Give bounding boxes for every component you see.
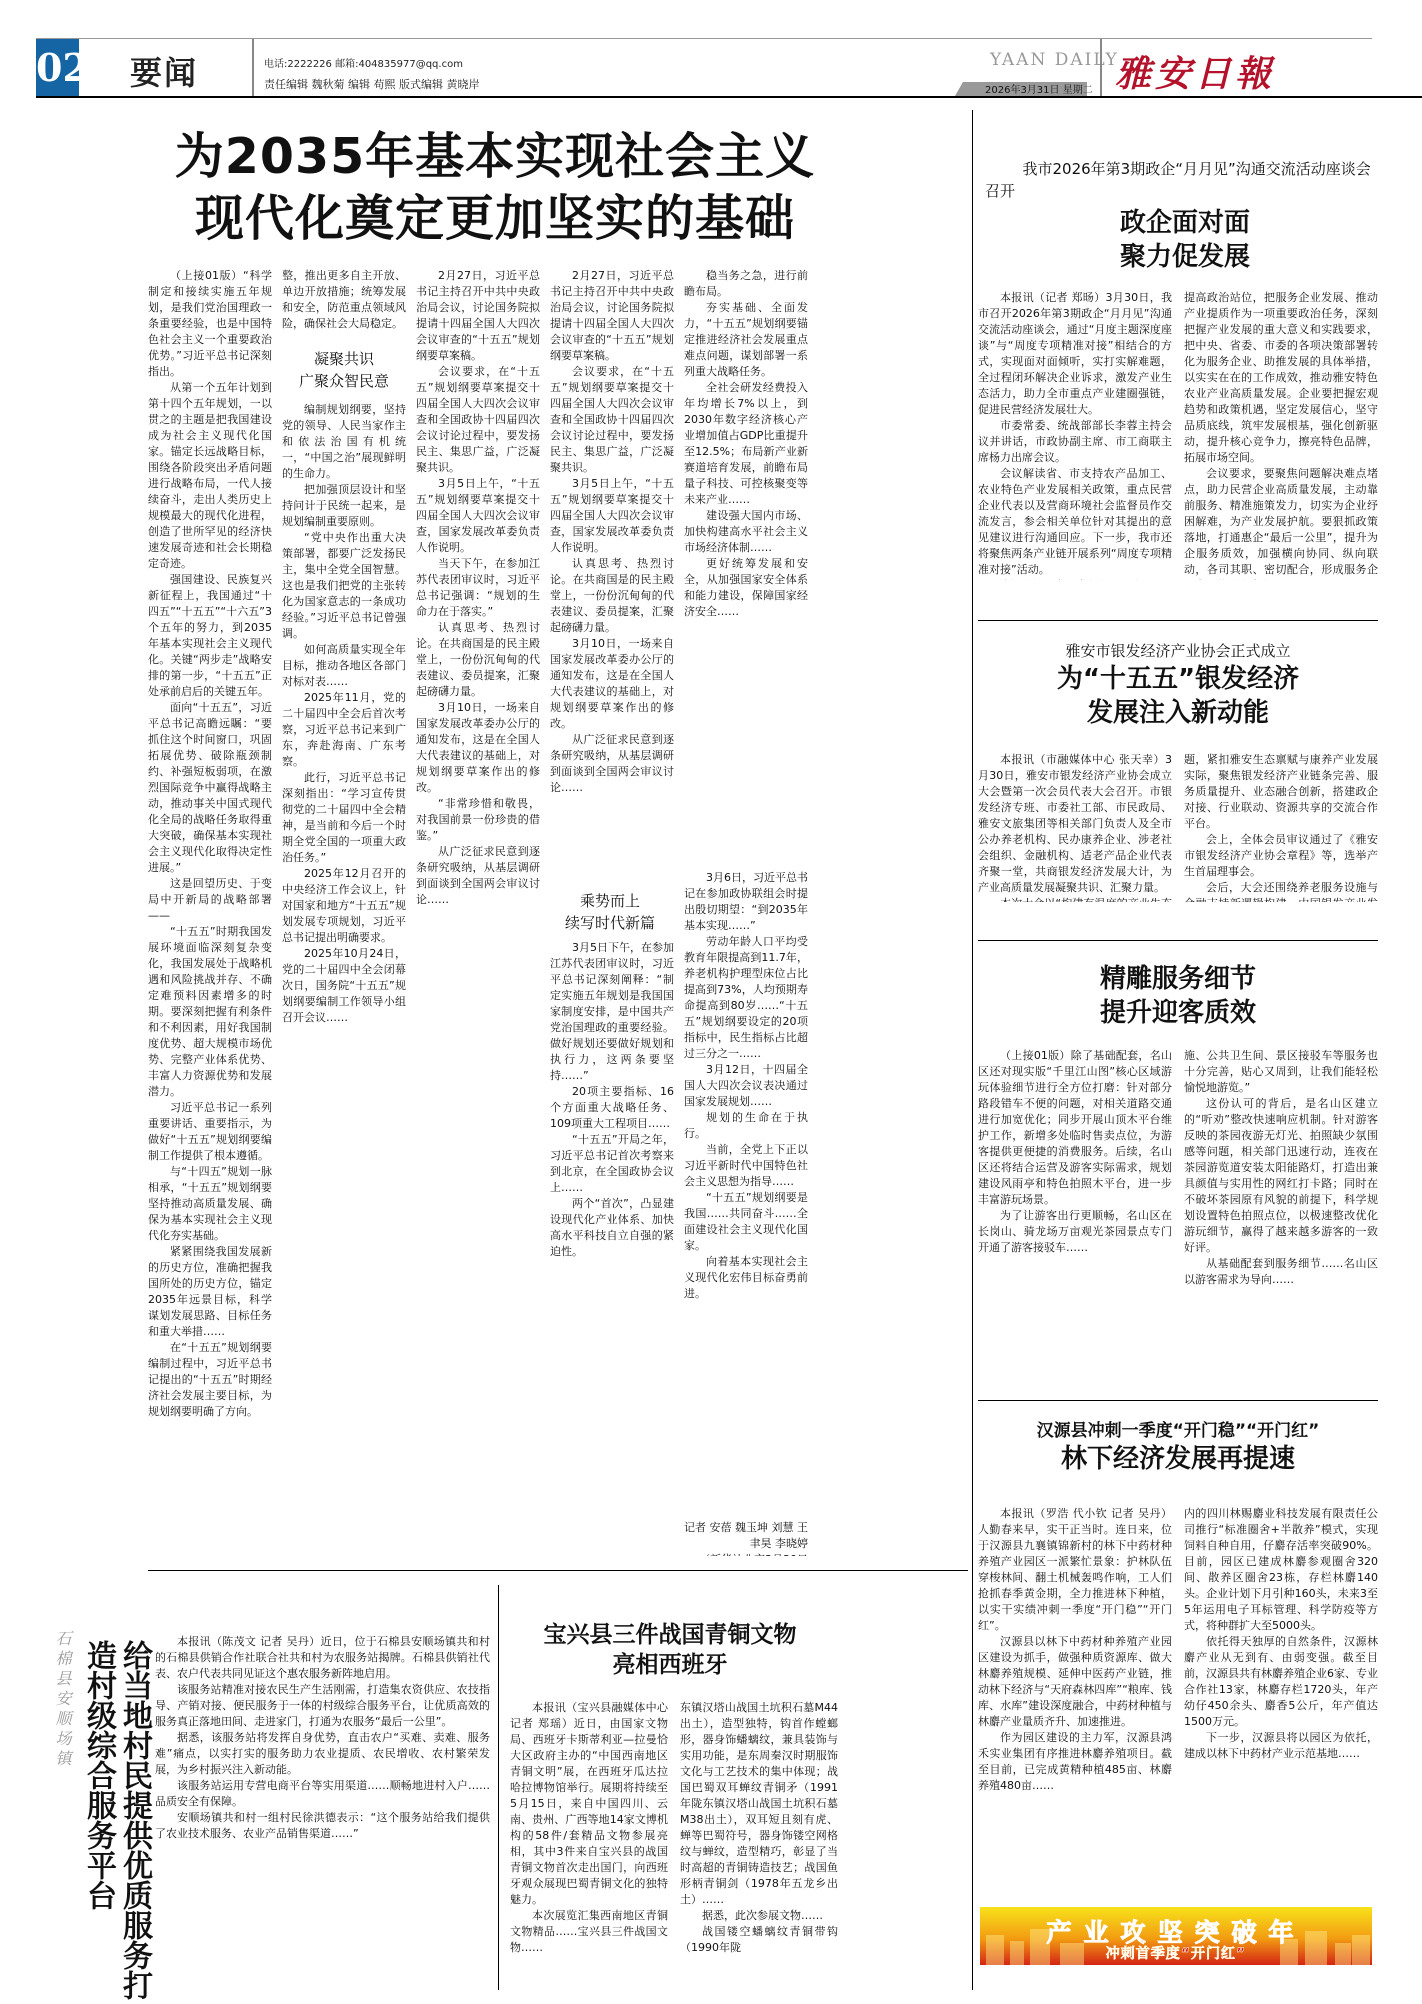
paragraph: 汉源县以林下中药材种养殖产业园区建设为抓手，做强种质资源库、做大林麝养殖规模、延…: [978, 1634, 1172, 1730]
paragraph: 从第一个五年计划到第十四个五年规划，一以贯之的主题是把我国建设成为社会主义现代化…: [148, 380, 272, 572]
title-line: 宝兴县三件战国青铜文物: [510, 1620, 830, 1650]
paragraph: 东镇汉塔山战国土坑积石墓M44出土），造型独特，钩首作螳螂形，器身饰蟠螭纹，兼具…: [680, 1700, 838, 1908]
section-rule: [978, 620, 1378, 621]
paragraph: 会议强调，各级各部门要切实: [978, 578, 1172, 580]
paragraph: 强国建设、民族复兴新征程上，我国通过“十四五”“十五五”“十六五”3个五年的努力…: [148, 572, 272, 700]
mingshan-header: 精雕服务细节 提升迎客质效: [978, 962, 1378, 1030]
paragraph: 全社会研发经费投入年均增长7%以上，到2030年数字经济核心产业增加值占GDP比…: [684, 380, 808, 508]
yinfa-col-2: 题，紧扣雅安生态禀赋与康养产业发展实际，聚焦银发经济产业链条完善、服务质量提升、…: [1184, 752, 1378, 902]
paragraph: 这份认可的背后，是名山区建立的“听劝”整改快速响应机制。针对游客反映的茶园夜游无…: [1184, 1096, 1378, 1256]
paragraph: 该服务站精准对接农民生产生活刚需，打造集农资供应、农技指导、产销对接、便民服务于…: [155, 1682, 490, 1730]
masthead-divider: [1100, 39, 1102, 96]
title-line: 给当地村民提供优质服务: [117, 1640, 152, 1970]
lead-headline: 为2035年基本实现社会主义 现代化奠定更加坚实的基础: [145, 126, 845, 250]
paragraph: 依托得天独厚的自然条件，汉源林麝产业从无到有、由弱变强。截至目前，汉源县共有林麝…: [1184, 1634, 1378, 1730]
paragraph: 在“十五五”规划纲要编制过程中，习近平总书记提出的“十五五”时期经济社会发展主要…: [148, 1340, 272, 1420]
lead-col-5-lower: 3月6日，习近平总书记在参加政协联组会时提出殷切期望：“到2035年基本实现………: [684, 870, 808, 1510]
lead-col-1: （上接01版）“科学制定和接续实施五年规划，是我们党治国理政一条重要经验，也是中…: [148, 268, 272, 1554]
lead-byline: 记者 安蓓 魏玉坤 刘慧 王聿昊 李晓婷 （新华社北京3月30日电）: [684, 1520, 808, 1556]
paragraph: 整，推出更多自主开放、单边开放措施；统筹发展和安全，防范重点领域风险，确保社会大…: [282, 268, 406, 332]
section-rule: [978, 1400, 1378, 1401]
contact-info: 电话:2222226 邮箱:404835977@qq.com: [264, 55, 479, 75]
title-line: 精雕服务细节: [978, 962, 1378, 996]
baoxing-title: 宝兴县三件战国青铜文物 亮相西班牙: [510, 1620, 830, 1680]
title-line: 政企面对面: [985, 206, 1385, 240]
subhead-line: 凝聚共识: [282, 348, 406, 370]
mingshan-col-2: 施、公共卫生间、景区接驳车等服务也十分完善，贴心又周到，让我们能轻松愉悦地游览。…: [1184, 1048, 1378, 1386]
lead-col-4-top: 2月27日，习近平总书记主持召开中共中央政治局会议，讨论国务院拟提请十四届全国人…: [550, 268, 674, 868]
masthead-contact: 电话:2222226 邮箱:404835977@qq.com 责任编辑 魏秋菊 …: [264, 55, 479, 95]
paragraph: 两个“首次”，凸显建设现代化产业体系、加快高水平科技自立自强的紧迫性。: [550, 1196, 674, 1260]
paragraph: 安顺场镇共和村一组村民徐洪德表示：“这个服务站给我们提供了农业技术服务、农业产品…: [155, 1810, 490, 1842]
masthead-bottom-rule: [36, 96, 1422, 98]
paragraph: 本报讯（宝兴县融媒体中心 记者 郑瑶）近日，由国家文物局、西班牙卡斯蒂利亚—拉曼…: [510, 1700, 668, 1908]
kicker: 我市2026年第3期政企“月月见”沟通交流活动座谈会召开: [985, 158, 1385, 202]
paragraph: 此行，习近平总书记深刻指出：“学习宣传贯彻党的二十届四中全会精神，是当前和今后一…: [282, 770, 406, 866]
title-line: 发展注入新动能: [978, 696, 1378, 730]
subhead-line: 乘势而上: [540, 890, 680, 912]
editor-credits: 责任编辑 魏秋菊 编辑 苟熙 版式编辑 黄晓岸: [264, 75, 479, 95]
paragraph: 紧紧围绕我国发展新的历史方位，准确把握我国所处的历史方位，锚定2035年远景目标…: [148, 1244, 272, 1340]
paragraph: 向着基本实现社会主义现代化宏伟目标奋勇前进。: [684, 1254, 808, 1302]
shimian-kicker: 石棉县安顺场镇: [52, 1630, 72, 1770]
baoxing-col-1: 本报讯（宝兴县融媒体中心 记者 郑瑶）近日，由国家文物局、西班牙卡斯蒂利亚—拉曼…: [510, 1700, 668, 1994]
subhead-line: 续写时代新篇: [540, 912, 680, 934]
paragraph: 稳当务之急，进行前瞻布局。: [684, 268, 808, 300]
paragraph: “十五五”时期我国发展环境面临深刻复杂变化，我国发展处于战略机遇和风险挑战并存、…: [148, 924, 272, 1100]
paragraph: 从广泛征求民意到逐条研究吸纳，从基层调研到面谈到全国两会审议讨论……: [550, 732, 674, 796]
section-title: 要闻: [130, 48, 198, 94]
paragraph: 这是回望历史、于变局中开新局的战略部署——: [148, 876, 272, 924]
paragraph: 施、公共卫生间、景区接驳车等服务也十分完善，贴心又周到，让我们能轻松愉悦地游览。…: [1184, 1048, 1378, 1096]
title-line: 提升迎客质效: [978, 996, 1378, 1030]
subhead-consensus: 凝聚共识 广聚众智民意: [282, 348, 406, 392]
paragraph: 2025年11月，党的二十届四中全会后首次考察，习近平总书记来到广东，奔赴海南、…: [282, 690, 406, 770]
paragraph: 2月27日，习近平总书记主持召开中共中央政治局会议，讨论国务院拟提请十四届全国人…: [416, 268, 540, 364]
hanyuan-header: 汉源县冲刺一季度“开门稳”“开门红” 林下经济发展再提速: [978, 1420, 1378, 1476]
campaign-banner: 产业攻坚突破年 冲刺首季度“开门红”: [980, 1907, 1372, 1965]
paragraph: 面向“十五五”，习近平总书记高瞻远瞩：“要抓住这个时间窗口，巩固拓展优势、破除瓶…: [148, 700, 272, 876]
column-divider: [498, 1585, 499, 1990]
paragraph: 据悉，此次参展文物……: [680, 1908, 838, 1924]
paragraph: 本报讯（记者 郑旸）3月30日，我市召开2026年第3期政企“月月见”沟通交流活…: [978, 290, 1172, 418]
baoxing-col-2: 东镇汉塔山战国土坑积石墓M44出土），造型独特，钩首作螳螂形，器身饰蟠螭纹，兼具…: [680, 1700, 838, 1994]
paragraph: 3月6日，习近平总书记在参加政协联组会时提出殷切期望：“到2035年基本实现………: [684, 870, 808, 934]
lead-col-3: 2月27日，习近平总书记主持召开中共中央政治局会议，讨论国务院拟提请十四届全国人…: [416, 268, 540, 1554]
lead-col-2: 整，推出更多自主开放、单边开放措施；统筹发展和安全，防范重点领域风险，确保社会大…: [282, 268, 406, 1554]
paragraph: 为了让游客出行更顺畅，名山区在长岗山、骑龙场万亩观光茶园景点专门开通了游客接驳车…: [978, 1208, 1172, 1256]
paragraph: 会议要求，在“十五五”规划纲要草案提交十四届全国人大四次会议审查和全国政协十四届…: [416, 364, 540, 476]
subhead-line: 广聚众智民意: [282, 370, 406, 392]
paragraph: 认真思考、热烈讨论。在共商国是的民主殿堂上，一份份沉甸甸的代表建议、委员提案，汇…: [416, 620, 540, 700]
yinfa-col-1: 本报讯（市融媒体中心 张天幸）3月30日，雅安市银发经济产业协会成立大会暨第一次…: [978, 752, 1172, 902]
section-rule: [148, 1570, 968, 1571]
paragraph: 3月12日，十四届全国人大四次会议表决通过国家发展规划……: [684, 1062, 808, 1110]
title-line: 亮相西班牙: [510, 1650, 830, 1680]
paragraph: 本次展览汇集西南地区青铜文物精品……宝兴县三件战国文物……: [510, 1908, 668, 1956]
paragraph: “非常珍惜和敬畏，对我国前景一份珍贵的借鉴。”: [416, 796, 540, 844]
paragraph: 从基础配套到服务细节……名山区以游客需求为导向……: [1184, 1256, 1378, 1288]
paragraph: 市委常委、统战部部长李蓉主持会议并讲话，市政协副主席、市工商联主席杨力出席会议。: [978, 418, 1172, 466]
shimian-body: 本报讯（陈茂文 记者 吴丹）近日，位于石棉县安顺场镇共和村的石棉县供销合作社联合…: [155, 1634, 490, 1994]
hanyuan-col-1: 本报讯（罗浩 代小钦 记者 吴丹）人勤春来早，实干正当时。连日来，位于汉源县九襄…: [978, 1506, 1172, 1898]
hanyuan-col-2: 内的四川林赐麝业科技发展有限责任公司推行“标准圈舍+半散养”模式，实现饲料自种自…: [1184, 1506, 1378, 1898]
paragraph: “十五五”开局之年，习近平总书记首次考察来到北京，在全国政协会议上……: [550, 1132, 674, 1196]
headline-line: 现代化奠定更加坚实的基础: [145, 188, 845, 250]
paragraph: 把加强顶层设计和坚持问计于民统一起来，是规划编制重要原则。: [282, 482, 406, 530]
paragraph: 从广泛征求民意到逐条研究吸纳，从基层调研到面谈到全国两会审议讨论……: [416, 844, 540, 908]
paragraph: 更好统筹发展和安全，从加强国家安全体系和能力建设，保障国家经济安全……: [684, 556, 808, 620]
paragraph: 据悉，该服务站将发挥自身优势，直击农户“买难、卖难、服务难”痛点，以实打实的服务…: [155, 1730, 490, 1778]
paragraph: 战国镂空蟠螭纹青铜带钩（1990年陇: [680, 1924, 838, 1956]
issue-date: 2026年3月31日 星期二: [985, 81, 1093, 96]
paragraph: 3月5日上午，“十五五”规划纲要草案提交十四届全国人大四次会议审查，国家发展改革…: [550, 476, 674, 556]
paragraph: 劳动年龄人口平均受教育年限提高到11.7年，养老机构护理型床位占比提高到73%，…: [684, 934, 808, 1062]
paragraph: 2025年10月24日，党的二十届四中全会闭幕次日，国务院“十五五”规划纲要编制…: [282, 946, 406, 1026]
paragraph: 3月5日下午，在参加江苏代表团审议时，习近平总书记深刻阐释：“制定实施五年规划是…: [550, 940, 674, 1084]
subhead-momentum: 乘势而上 续写时代新篇: [540, 890, 680, 934]
paragraph: 内的四川林赐麝业科技发展有限责任公司推行“标准圈舍+半散养”模式，实现饲料自种自…: [1184, 1506, 1378, 1634]
banner-subtitle: 冲刺首季度“开门红”: [980, 1943, 1372, 1963]
paragraph: 本次大会以“构建有温度的产业生态·赛亮雅康银发‘金名片’”为主: [978, 896, 1172, 902]
page-number-badge: 02: [36, 39, 79, 96]
paragraph: 3月10日，一场来自国家发展改革委办公厅的通知发布，这是在全国人大代表建议的基础…: [416, 700, 540, 796]
mingshan-col-1: （上接01版）除了基础配套，名山区还对现实版“千里江山图”核心区域游玩体验细节进…: [978, 1048, 1172, 1386]
byline: 记者 安蓓 魏玉坤 刘慧 王聿昊 李晓婷: [684, 1520, 808, 1552]
title-line: 聚力促发展: [985, 240, 1385, 274]
shimian-title: 给当地村民提供优质服务打造村级综合服务平台: [80, 1640, 152, 2004]
paragraph: 2月27日，习近平总书记主持召开中共中央政治局会议，讨论国务院拟提请十四届全国人…: [550, 268, 674, 364]
paragraph: 夯实基础、全面发力，“十五五”规划纲要锚定推进经济社会发展重点难点问题，谋划部署…: [684, 300, 808, 380]
paragraph: 会议要求，在“十五五”规划纲要草案提交十四届全国人大四次会议审查和全国政协十四届…: [550, 364, 674, 476]
column-divider: [972, 110, 973, 1990]
section-rule: [978, 940, 1378, 941]
paragraph: 会议解读省、市支持农产品加工、农业特色产业发展相关政策，重点民营企业代表以及营商…: [978, 466, 1172, 578]
kicker: 汉源县冲刺一季度“开门稳”“开门红”: [978, 1420, 1378, 1442]
paragraph: 规划的生命在于执行。: [684, 1110, 808, 1142]
paragraph: 会上，全体会员审议通过了《雅安市银发经济产业协会章程》等，选举产生首届理事会。: [1184, 832, 1378, 880]
masthead-top-rule: [36, 38, 1372, 39]
paragraph: 作为园区建设的主力军，汉源县鸿禾实业集团有序推进林麝养殖项目。截至目前，已完成黄…: [978, 1730, 1172, 1794]
paragraph: 会后，大会还围绕养老服务设施与金融支持新逻辑构建、中国银发产业发展现状及趋势机遇…: [1184, 880, 1378, 902]
paragraph: 该服务站运用专营电商平台等实用渠道……顺畅地进村入户……品质安全有保障。: [155, 1778, 490, 1810]
paragraph: 20项主要指标、16个方面重大战略任务、109项重大工程项目……: [550, 1084, 674, 1132]
paragraph: 当前，全党上下正以习近平新时代中国特色社会主义思想为指导……: [684, 1142, 808, 1190]
dateline: （新华社北京3月30日电）: [684, 1552, 808, 1556]
masthead-divider: [252, 39, 254, 96]
paragraph: 本报讯（陈茂文 记者 吴丹）近日，位于石棉县安顺场镇共和村的石棉县供销合作社联合…: [155, 1634, 490, 1682]
headline-line: 为2035年基本实现社会主义: [145, 126, 845, 188]
paragraph: 2025年12月召开的中央经济工作会议上，针对国家和地方“十五五”规划发展专项规…: [282, 866, 406, 946]
paragraph: 题，紧扣雅安生态禀赋与康养产业发展实际，聚焦银发经济产业链条完善、服务质量提升、…: [1184, 752, 1378, 832]
paragraph: 编制规划纲要，坚持党的领导、人民当家作主和依法治国有机统一，“中国之治”展现鲜明…: [282, 402, 406, 482]
paragraph: 3月5日上午，“十五五”规划纲要草案提交十四届全国人大四次会议审查，国家发展改革…: [416, 476, 540, 556]
paper-logo: 雅安日報: [1115, 46, 1275, 97]
paragraph: 下一步，汉源县将以园区为依托，建成以林下中药材产业示范基地……: [1184, 1730, 1378, 1762]
paragraph: 提高政治站位，把服务企业发展、推动产业提质作为一项重要政治任务，深刻把握产业发展…: [1184, 290, 1378, 466]
title-line: 林下经济发展再提速: [978, 1442, 1378, 1476]
paragraph: 会议要求，要聚焦问题解决难点堵点，助力民营企业高质量发展，主动靠前服务、精准施策…: [1184, 466, 1378, 580]
zhengqi-col-1: 本报讯（记者 郑旸）3月30日，我市召开2026年第3期政企“月月见”沟通交流活…: [978, 290, 1172, 580]
paragraph: 建设强大国内市场、加快构建高水平社会主义市场经济体制……: [684, 508, 808, 556]
zhengqi-col-2: 提高政治站位，把服务企业发展、推动产业提质作为一项重要政治任务，深刻把握产业发展…: [1184, 290, 1378, 580]
zhengqi-header: 我市2026年第3期政企“月月见”沟通交流活动座谈会召开 政企面对面 聚力促发展: [985, 158, 1385, 274]
paragraph: 本报讯（罗浩 代小钦 记者 吴丹）人勤春来早，实干正当时。连日来，位于汉源县九襄…: [978, 1506, 1172, 1634]
kicker: 雅安市银发经济产业协会正式成立: [978, 640, 1378, 662]
yinfa-header: 雅安市银发经济产业协会正式成立 为“十五五”银发经济 发展注入新动能: [978, 640, 1378, 730]
paragraph: 与“十四五”规划一脉相承，“十五五”规划纲要坚持推动高质量发展、确保为基本实现社…: [148, 1164, 272, 1244]
paragraph: 当天下午，在参加江苏代表团审议时，习近平总书记强调：“规划的生命力在于落实。”: [416, 556, 540, 620]
paragraph: 认真思考、热烈讨论。在共商国是的民主殿堂上，一份份沉甸甸的代表建议、委员提案，汇…: [550, 556, 674, 636]
paragraph: 习近平总书记一系列重要讲话、重要指示，为做好“十五五”规划纲要编制工作提供了根本…: [148, 1100, 272, 1164]
paragraph: 3月10日，一场来自国家发展改革委办公厅的通知发布，这是在全国人大代表建议的基础…: [550, 636, 674, 732]
paragraph: 如何高质量实现全年目标，推动各地区各部门对标对表……: [282, 642, 406, 690]
title-line: 为“十五五”银发经济: [978, 662, 1378, 696]
paragraph: 本报讯（市融媒体中心 张天幸）3月30日，雅安市银发经济产业协会成立大会暨第一次…: [978, 752, 1172, 896]
paragraph: （上接01版）除了基础配套，名山区还对现实版“千里江山图”核心区域游玩体验细节进…: [978, 1048, 1172, 1208]
paragraph: “党中央作出重大决策部署，都要广泛发扬民主，集中全党全国智慧。这也是我们把党的主…: [282, 530, 406, 642]
lead-col-5: 稳当务之急，进行前瞻布局。 夯实基础、全面发力，“十五五”规划纲要锚定推进经济社…: [684, 268, 808, 868]
lead-col-4-lower: 3月5日下午，在参加江苏代表团审议时，习近平总书记深刻阐释：“制定实施五年规划是…: [550, 940, 674, 1554]
paragraph: （上接01版）“科学制定和接续实施五年规划，是我们党治国理政一条重要经验，也是中…: [148, 268, 272, 380]
paragraph: “十五五”规划纲要是我国……共同奋斗……全面建设社会主义现代化国家。: [684, 1190, 808, 1254]
